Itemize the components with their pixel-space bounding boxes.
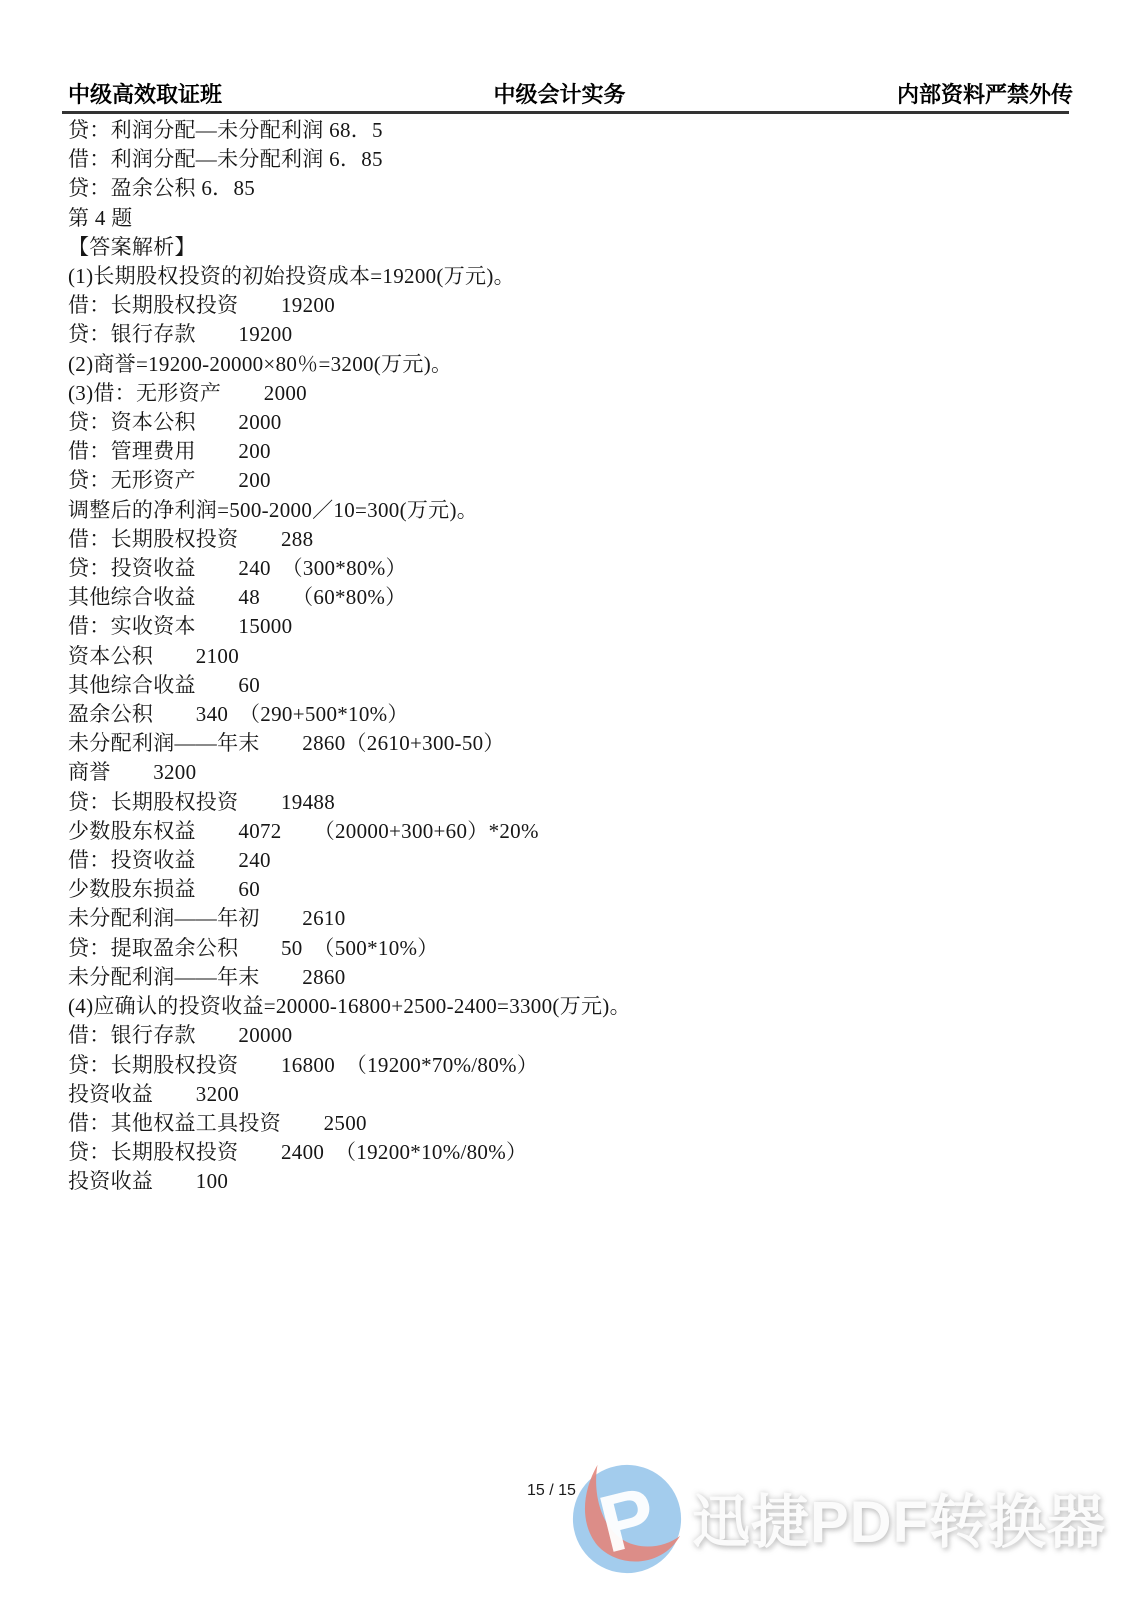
text-line: 未分配利润——年初 2610 — [68, 904, 1081, 933]
answer-content: 贷：利润分配—未分配利润 68．5借：利润分配—未分配利润 6．85贷：盈余公积… — [68, 116, 1081, 1197]
text-line: 贷：资本公积 2000 — [68, 408, 1081, 437]
text-line: 借：长期股权投资 288 — [68, 525, 1081, 554]
text-line: 贷：长期股权投资 2400 （19200*10%/80%） — [68, 1138, 1081, 1167]
text-line: 借：银行存款 20000 — [68, 1021, 1081, 1050]
text-line: 贷：盈余公积 6．85 — [68, 174, 1081, 203]
text-line: 未分配利润——年末 2860 — [68, 963, 1081, 992]
text-line: 借：利润分配—未分配利润 6．85 — [68, 145, 1081, 174]
text-line: 【答案解析】 — [68, 233, 1081, 262]
header-confidential-notice: 内部资料严禁外传 — [897, 82, 1073, 108]
text-line: 贷：长期股权投资 19488 — [68, 788, 1081, 817]
text-line: 少数股东权益 4072 （20000+300+60）*20% — [68, 817, 1081, 846]
header-course-title: 中级高效取证班 — [68, 82, 222, 108]
text-line: 未分配利润——年末 2860（2610+300-50） — [68, 729, 1081, 758]
text-line: 贷：无形资产 200 — [68, 466, 1081, 495]
text-line: 第 4 题 — [68, 204, 1081, 233]
text-line: 借：实收资本 15000 — [68, 612, 1081, 641]
text-line: 贷：利润分配—未分配利润 68．5 — [68, 116, 1081, 145]
page-header: 中级高效取证班 中级会计实务 内部资料严禁外传 — [68, 82, 1073, 108]
text-line: (2)商誉=19200-20000×80％=3200(万元)。 — [68, 350, 1081, 379]
page-number: 15 / 15 — [527, 1482, 576, 1500]
document-page: 中级高效取证班 中级会计实务 内部资料严禁外传 贷：利润分配—未分配利润 68．… — [0, 0, 1131, 1600]
text-line: 商誉 3200 — [68, 758, 1081, 787]
text-line: 贷：提取盈余公积 50 （500*10%） — [68, 934, 1081, 963]
text-line: 其他综合收益 48 （60*80%） — [68, 583, 1081, 612]
text-line: 借：管理费用 200 — [68, 437, 1081, 466]
text-line: 借：投资收益 240 — [68, 846, 1081, 875]
text-line: 投资收益 100 — [68, 1167, 1081, 1196]
text-line: 贷：长期股权投资 16800 （19200*70%/80%） — [68, 1051, 1081, 1080]
text-line: 盈余公积 340 （290+500*10%） — [68, 700, 1081, 729]
svg-text:P: P — [591, 1470, 665, 1570]
text-line: (4)应确认的投资收益=20000-16800+2500-2400=3300(万… — [68, 992, 1081, 1021]
text-line: 资本公积 2100 — [68, 642, 1081, 671]
text-line: 少数股东损益 60 — [68, 875, 1081, 904]
header-divider — [62, 111, 1069, 114]
text-line: (1)长期股权投资的初始投资成本=19200(万元)。 — [68, 262, 1081, 291]
watermark: P 迅捷PDF转换器 — [568, 1459, 1106, 1577]
text-line: 调整后的净利润=500-2000／10=300(万元)。 — [68, 496, 1081, 525]
text-line: 投资收益 3200 — [68, 1080, 1081, 1109]
text-line: 贷：银行存款 19200 — [68, 320, 1081, 349]
watermark-text: 迅捷PDF转换器 — [692, 1493, 1106, 1553]
header-subject-title: 中级会计实务 — [493, 82, 625, 108]
text-line: 其他综合收益 60 — [68, 671, 1081, 700]
text-line: 借：长期股权投资 19200 — [68, 291, 1081, 320]
text-line: 贷：投资收益 240 （300*80%） — [68, 554, 1081, 583]
text-line: (3)借：无形资产 2000 — [68, 379, 1081, 408]
text-line: 借：其他权益工具投资 2500 — [68, 1109, 1081, 1138]
pdf-converter-logo-icon: P — [568, 1459, 686, 1577]
